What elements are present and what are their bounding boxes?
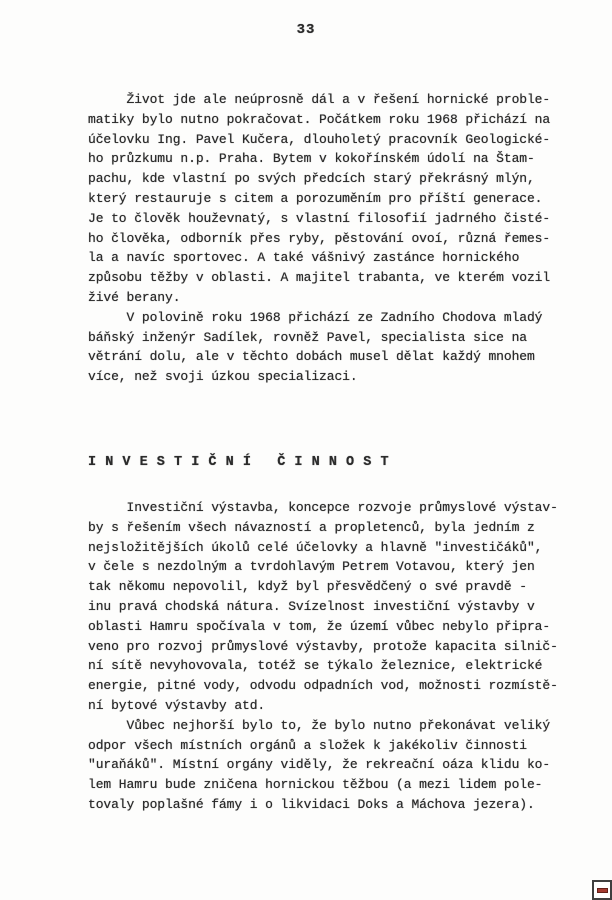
section-text-block: Investiční výstavba, koncepce rozvoje pr… [88, 498, 576, 815]
intro-text-block: Život jde ale neúprosně dál a v řešení h… [88, 90, 576, 387]
document-page: 33 Život jde ale neúprosně dál a v řešen… [0, 0, 612, 900]
paragraph-life-goes-on: Život jde ale neúprosně dál a v řešení h… [88, 90, 576, 308]
section-heading-investicni-cinnost: I N V E S T I Č N Í Č I N N O S T [88, 455, 389, 470]
paragraph-odpor-organu: Vůbec nejhorší bylo to, že bylo nutno př… [88, 716, 576, 815]
paragraph-investicni-vystavba: Investiční výstavba, koncepce rozvoje pr… [88, 498, 576, 716]
page-number: 33 [0, 22, 612, 38]
paragraph-sadilek: V polovině roku 1968 přichází ze Zadního… [88, 308, 576, 387]
minimize-bar-glyph [597, 888, 608, 893]
minimize-icon[interactable] [592, 880, 612, 900]
